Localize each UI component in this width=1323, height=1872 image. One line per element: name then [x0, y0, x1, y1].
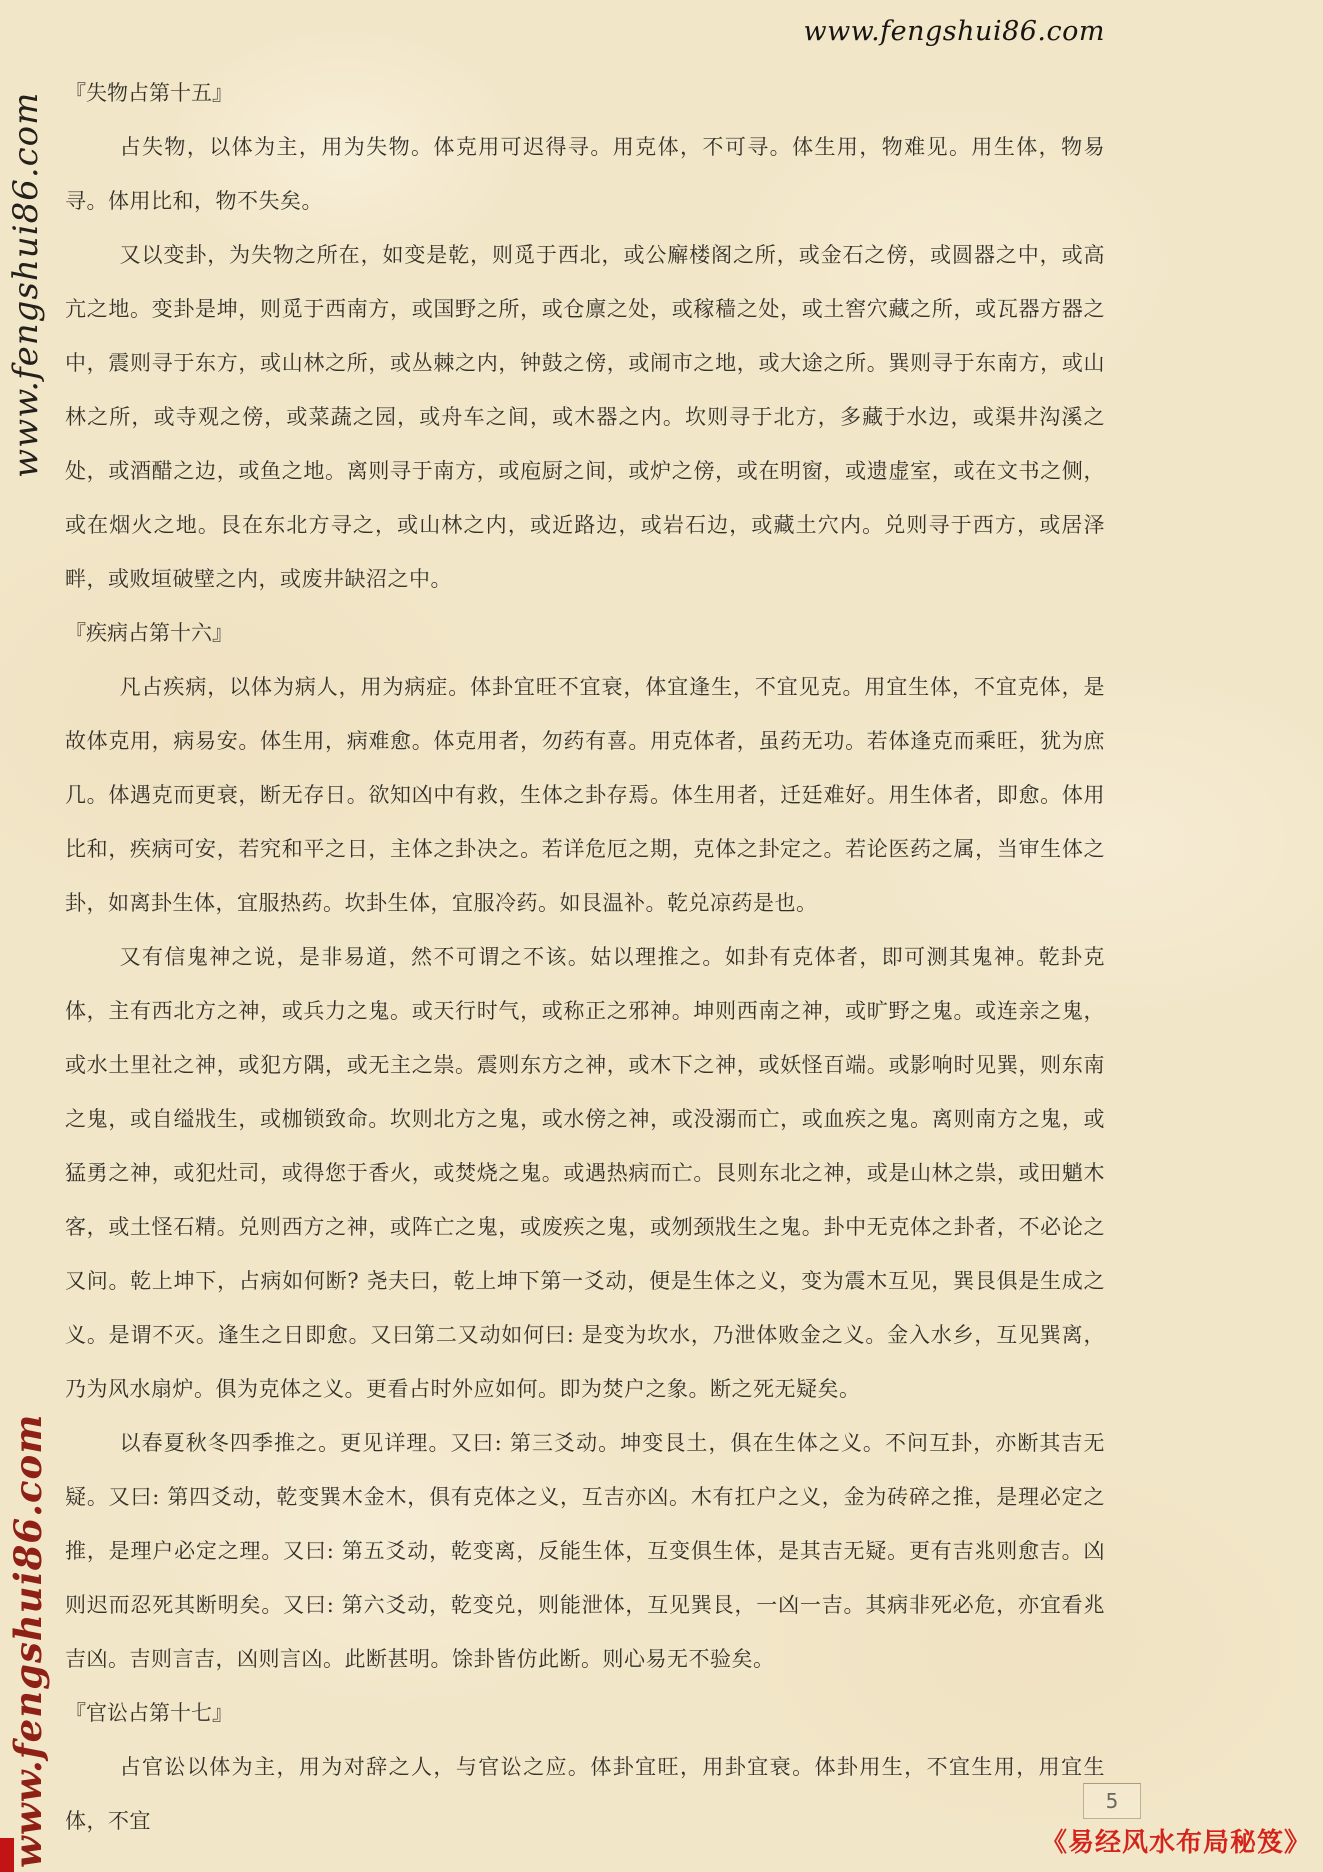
document-body: 『失物占第十五』 占失物，以体为主，用为失物。体克用可迟得寻。用克体，不可寻。体… — [65, 66, 1105, 1848]
paragraph: 以春夏秋冬四季推之。更见详理。又曰: 第三爻动。坤变艮土，俱在生体之义。不问互卦… — [65, 1416, 1105, 1686]
paragraph: 又有信鬼神之说，是非易道，然不可谓之不该。姑以理推之。如卦有克体者，即可测其鬼神… — [65, 930, 1105, 1416]
section-heading-illness: 『疾病占第十六』 — [65, 606, 1105, 660]
paragraph: 占失物，以体为主，用为失物。体克用可迟得寻。用克体，不可寻。体生用，物难见。用生… — [65, 120, 1105, 228]
section-heading-lawsuit: 『官讼占第十七』 — [65, 1686, 1105, 1740]
paragraph: 凡占疾病，以体为病人，用为病症。体卦宜旺不宜衰，体宜逢生，不宜见克。用宜生体，不… — [65, 660, 1105, 930]
book-title: 《易经风水布局秘笈》 — [1041, 1822, 1311, 1859]
page-footer: 5 《易经风水布局秘笈》 — [0, 1778, 1323, 1872]
watermark-url-left-top: www.fengshui86.com — [6, 92, 46, 478]
paragraph: 又以变卦，为失物之所在，如变是乾，则觅于西北，或公廨楼阁之所，或金石之傍，或圆器… — [65, 228, 1105, 606]
watermark-url-top-right: www.fengshui86.com — [803, 16, 1105, 47]
page-number-box: 5 — [1083, 1783, 1141, 1819]
page-number: 5 — [1106, 1789, 1119, 1813]
section-heading-lost-items: 『失物占第十五』 — [65, 66, 1105, 120]
